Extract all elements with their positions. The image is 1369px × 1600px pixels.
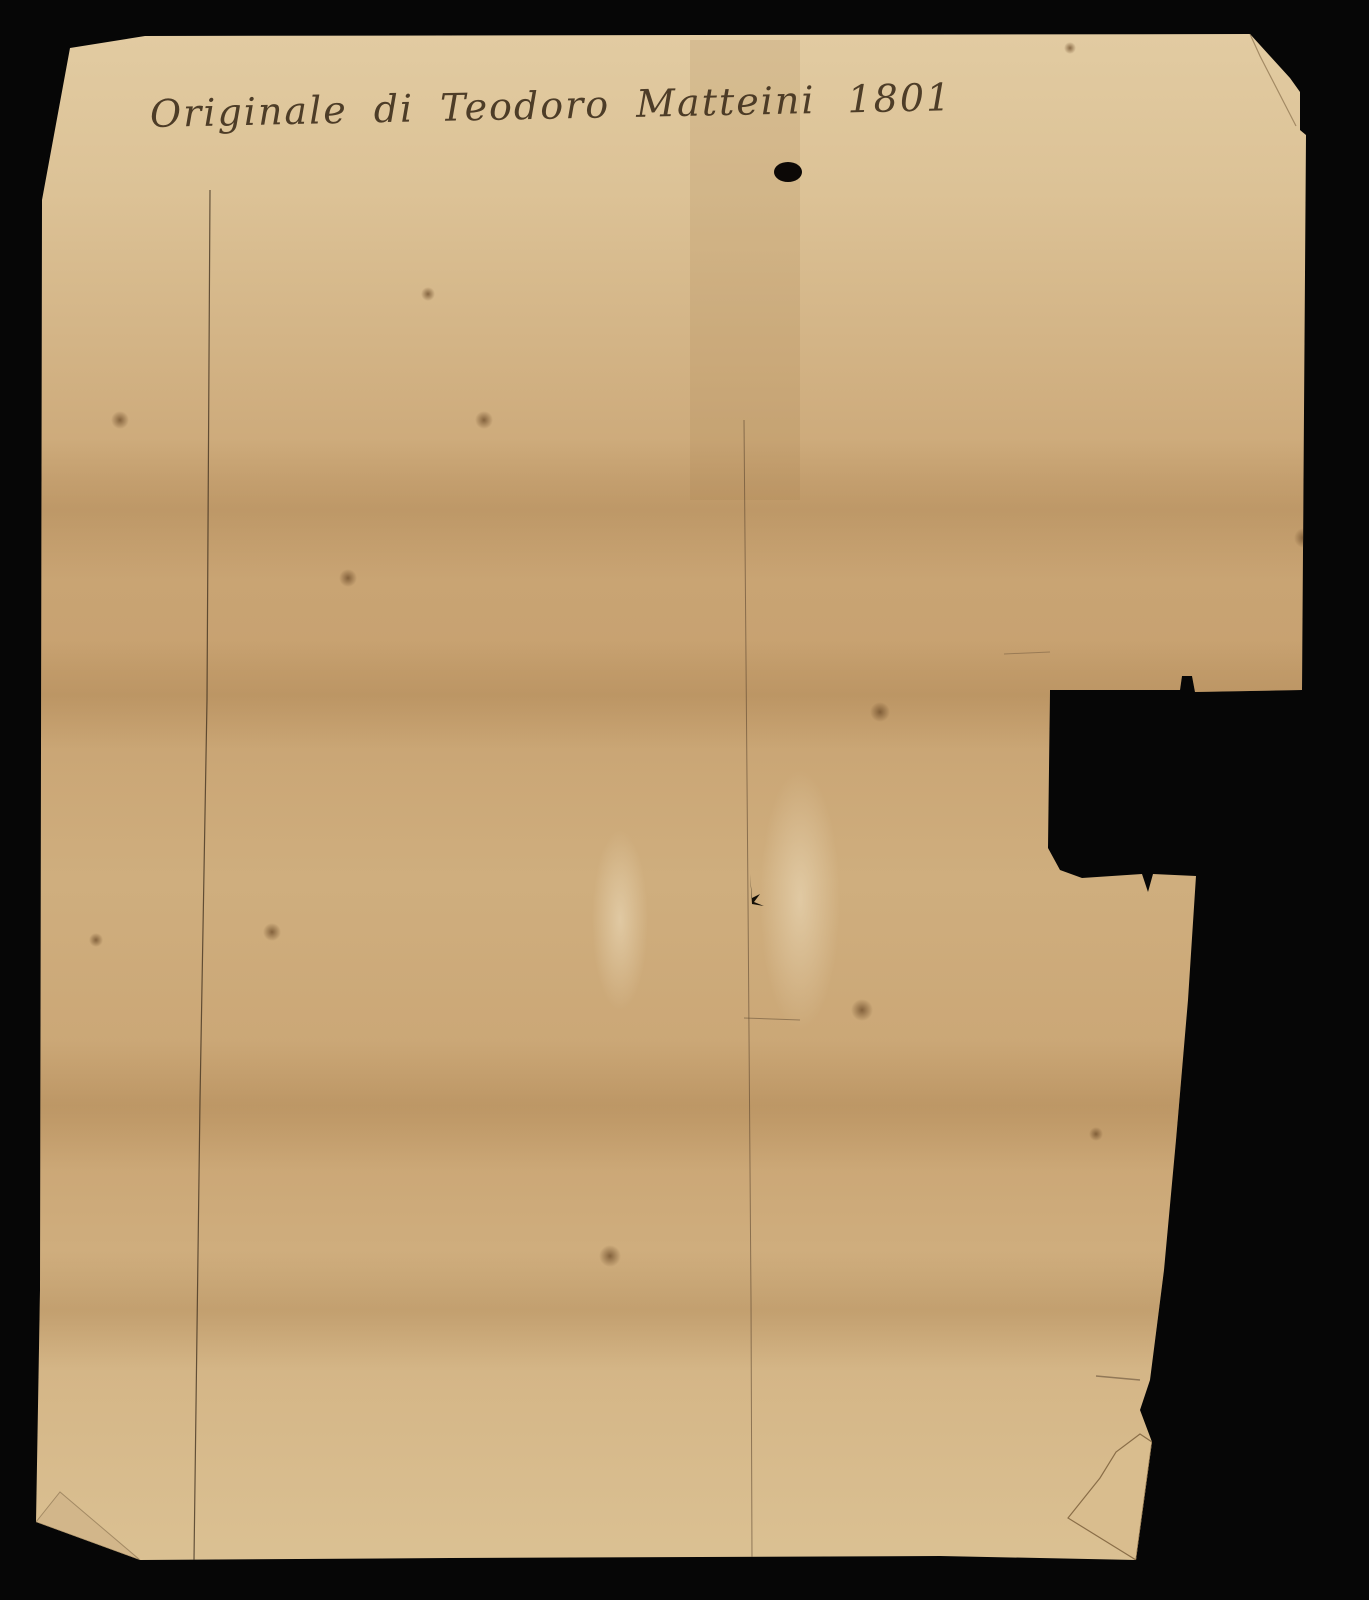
ink-blot (774, 162, 802, 182)
inscription-prefix: Originale (150, 88, 349, 136)
inscription-last-name: Matteini (636, 78, 816, 126)
paper-sheet (0, 0, 1369, 1600)
inscription-first-name: Teodoro (440, 82, 611, 130)
inscription-year: 1801 (847, 75, 953, 121)
inscription-preposition: di (373, 86, 414, 131)
scan-background: OriginalediTeodoroMatteini1801 (0, 0, 1369, 1600)
